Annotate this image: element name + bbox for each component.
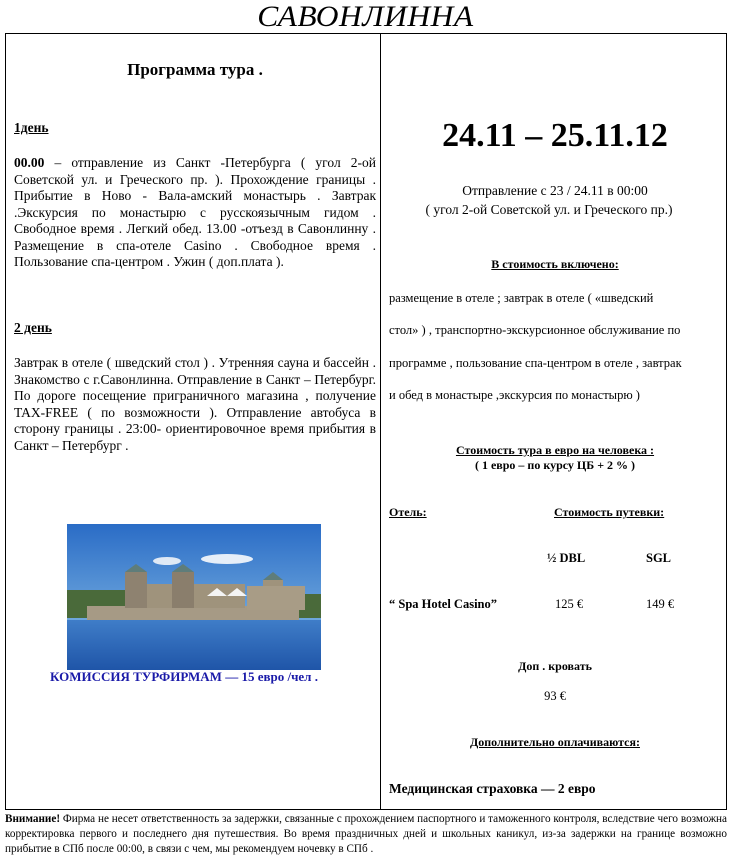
extra-payments-heading: Дополнительно оплачиваются: — [389, 735, 721, 750]
agency-commission: КОМИССИЯ ТУРФИРМАМ — 15 евро /чел . — [14, 669, 354, 685]
included-line: размещение в отеле ; завтрак в отеле ( «… — [389, 291, 729, 306]
day1-heading: 1день — [14, 120, 49, 136]
included-line: программе , пользование спа-центром в от… — [389, 356, 729, 371]
day2-heading: 2 день — [14, 320, 52, 336]
warning-label: Внимание! — [5, 813, 60, 825]
insurance-price: Медицинская страховка — 2 евро — [389, 781, 596, 797]
program-heading: Программа тура . — [14, 60, 376, 80]
dbl-column-header: ½ DBL — [547, 551, 585, 566]
day2-text: Завтрак в отеле ( шведский стол ) . Утре… — [14, 355, 376, 454]
hotel-name: “ Spa Hotel Casino” — [389, 597, 497, 612]
price-sgl: 149 € — [646, 597, 674, 612]
hotel-column-header: Отель: — [389, 505, 427, 520]
warning-note: Внимание! Фирма не несет ответственность… — [5, 812, 727, 857]
price-heading: Стоимость тура в евро на человека : — [389, 443, 721, 458]
castle-image — [67, 524, 321, 670]
warning-text: Фирма не несет ответственность за задерж… — [5, 813, 727, 855]
price-rate-note: ( 1 евро – по курсу ЦБ + 2 % ) — [389, 458, 721, 473]
page-title: САВОНЛИННА — [0, 0, 731, 33]
column-divider — [380, 33, 381, 810]
included-heading: В стоимость включено: — [389, 257, 721, 272]
price-dbl: 125 € — [555, 597, 583, 612]
castle-photo — [67, 524, 321, 670]
included-line: стол» ) , транспортно-экскурсионное обсл… — [389, 323, 729, 338]
day1-text: 00.00 – отправление из Санкт -Петербурга… — [14, 155, 376, 271]
day1-time: 00.00 — [14, 155, 44, 170]
cost-column-header: Стоимость путевки: — [554, 505, 664, 520]
extra-bed-price: 93 € — [389, 689, 721, 704]
extra-bed-label: Доп . кровать — [389, 659, 721, 674]
sgl-column-header: SGL — [646, 551, 671, 566]
departure-time: Отправление с 23 / 24.11 в 00:00 — [389, 183, 721, 199]
included-line: и обед в монастыре ,экскурсия по монасты… — [389, 388, 729, 403]
departure-place: ( угол 2-ой Советской ул. и Греческого п… — [383, 202, 715, 218]
day1-description: – отправление из Санкт -Петербурга ( уго… — [14, 155, 376, 269]
tour-dates: 24.11 – 25.11.12 — [389, 117, 721, 155]
